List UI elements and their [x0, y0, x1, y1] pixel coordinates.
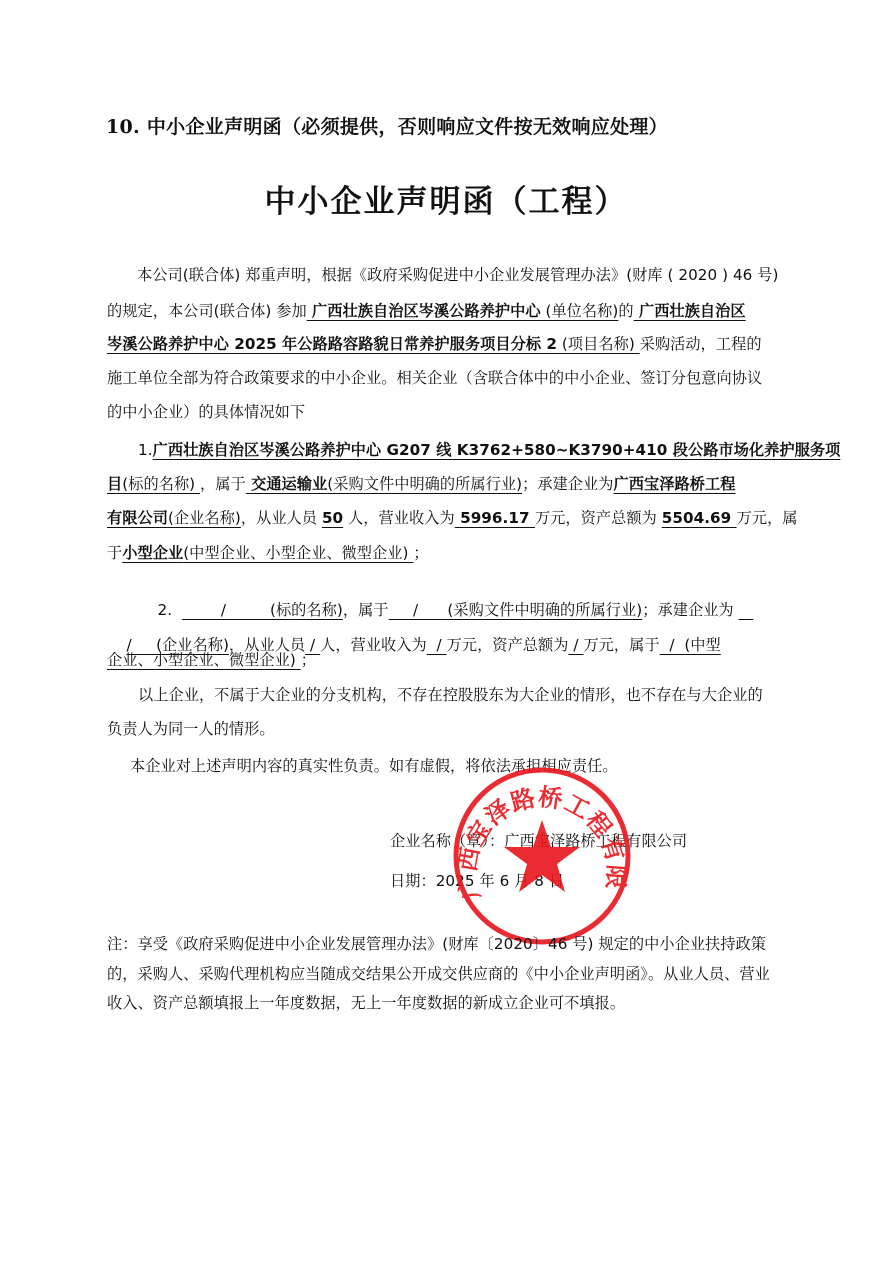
- document-title: 中小企业声明函（工程）: [0, 176, 892, 221]
- item-text: ；: [413, 544, 428, 562]
- declaration-text: 以上企业，不属于大企业的分支机构，不存在控股股东为大企业的情形，也不存在与大企业…: [138, 686, 763, 704]
- note-line-2: 的，采购人、采购代理机构应当随成交结果公开成交供应商的《中小企业声明函》。从业人…: [107, 964, 770, 984]
- intro-line-2: 的规定，本公司(联合体) 参加 广西壮族自治区岑溪公路养护中心 (单位名称)的 …: [107, 301, 746, 321]
- size-label: 企业、小型企业、微型企业): [107, 651, 301, 669]
- item2-contractor-blank: [739, 601, 754, 619]
- item1-target-name-end: 目: [107, 475, 122, 493]
- item1-assets: 5504.69: [662, 509, 737, 527]
- company-label: 企业名称（章）：: [390, 832, 504, 850]
- item1-enterprise-size: 小型企业: [122, 544, 183, 562]
- target-name-label: (标的名称): [122, 475, 200, 493]
- item2-line-3: 企业、小型企业、微型企业) ；: [107, 650, 316, 670]
- size-label: (中型: [684, 636, 720, 654]
- purchaser-unit-name: 广西壮族自治区岑溪公路养护中心: [307, 302, 541, 320]
- intro-text: 的: [618, 302, 633, 320]
- item1-line-3: 有限公司(企业名称)，从业人员 50 人，营业收入为 5996.17 万元，资产…: [107, 508, 798, 528]
- item1-contractor-name-end: 有限公司: [107, 509, 168, 527]
- declaration-line-3: 本企业对上述声明内容的真实性负责。如有虚假，将依法承担相应责任。: [130, 756, 618, 776]
- item-text: 万元，属于: [583, 636, 659, 654]
- item1-contractor-name: 广西宝泽路桥工程: [614, 475, 736, 493]
- document-page: 10. 中小企业声明函（必须提供，否则响应文件按无效响应处理） 中小企业声明函（…: [0, 0, 892, 1262]
- item1-target-name: 广西壮族自治区岑溪公路养护中心 G207 线 K3762+580~K3790+4…: [153, 441, 841, 459]
- company-seal-stamp-icon: 广西宝泽路桥工程有限公司: [451, 765, 633, 947]
- signature-company-line: 企业名称（章）：广西宝泽路桥工程有限公司: [390, 831, 687, 851]
- declaration-text: 负责人为同一人的情形。: [107, 720, 275, 738]
- intro-text: 的中小企业）的具体情况如下: [107, 403, 305, 421]
- note-text: 收入、资产总额填报上一年度数据，无上一年度数据的新成立企业可不填报。: [107, 994, 625, 1012]
- item-text: ，从业人员: [241, 509, 322, 527]
- declaration-line-2: 负责人为同一人的情形。: [107, 719, 275, 739]
- company-name: 广西宝泽路桥工程有限公司: [504, 832, 687, 850]
- item1-line-4: 于小型企业(中型企业、小型企业、微型企业) ；: [107, 543, 429, 563]
- declaration-text: 本企业对上述声明内容的真实性负责。如有虚假，将依法承担相应责任。: [130, 757, 618, 775]
- intro-text: 本公司(联合体) 郑重声明，根据《政府采购促进中小企业发展管理办法》(财库 ( …: [137, 266, 778, 284]
- item-text: 人，营业收入为: [343, 509, 455, 527]
- item-text: 人，营业收入为: [320, 636, 427, 654]
- contractor-label: (企业名称): [168, 509, 241, 527]
- declaration-line-1: 以上企业，不属于大企业的分支机构，不存在控股股东为大企业的情形，也不存在与大企业…: [138, 685, 763, 705]
- item1-line-1: 1.广西壮族自治区岑溪公路养护中心 G207 线 K3762+580~K3790…: [138, 440, 840, 460]
- intro-text: 施工单位全部为符合政策要求的中小企业。相关企业（含联合体中的中小企业、签订分包意…: [107, 369, 762, 387]
- intro-line-5: 的中小企业）的具体情况如下: [107, 402, 305, 422]
- intro-line-3: 岑溪公路养护中心 2025 年公路路容路貌日常养护服务项目分标 2 (项目名称)…: [107, 334, 762, 354]
- intro-text: 的规定，本公司(联合体) 参加: [107, 302, 307, 320]
- item-number: 1.: [138, 441, 153, 459]
- item-text: 万元，资产总额为: [447, 636, 569, 654]
- item-text: ；承建企业为: [522, 475, 613, 493]
- section-heading: 10. 中小企业声明函（必须提供，否则响应文件按无效响应处理）: [106, 112, 668, 139]
- signature-date-line: 日期：2025 年 6 月 8 日: [390, 871, 564, 891]
- date-label: 日期：: [390, 872, 436, 890]
- item-text: 于: [107, 544, 122, 562]
- date-value: 2025 年 6 月 8 日: [436, 872, 564, 890]
- size-label: (中型企业、小型企业、微型企业): [183, 544, 413, 562]
- intro-line-1: 本公司(联合体) 郑重声明，根据《政府采购促进中小企业发展管理办法》(财库 ( …: [137, 265, 778, 285]
- intro-line-4: 施工单位全部为符合政策要求的中小企业。相关企业（含联合体中的中小企业、签订分包意…: [107, 368, 762, 388]
- item2-revenue-blank: /: [427, 636, 447, 654]
- item-text: 万元，属: [737, 509, 798, 527]
- item1-line-2: 目(标的名称) ，属于 交通运输业(采购文件中明确的所属行业)；承建企业为广西宝…: [107, 474, 735, 494]
- note-line-1: 注：享受《政府采购促进中小企业发展管理办法》(财库〔2020〕46 号) 规定的…: [107, 934, 766, 954]
- project-name-label: (项目名称): [557, 335, 640, 353]
- note-text: 的，采购人、采购代理机构应当随成交结果公开成交供应商的《中小企业声明函》。从业人…: [107, 965, 770, 983]
- project-name-part1: 广西壮族自治区: [634, 302, 746, 320]
- item1-industry: 交通运输业: [246, 475, 328, 493]
- intro-text: 采购活动，工程的: [640, 335, 762, 353]
- unit-name-label: (单位名称): [541, 302, 619, 320]
- item-text: 万元，资产总额为: [535, 509, 662, 527]
- item-text: ；: [301, 651, 316, 669]
- project-name-part2: 岑溪公路养护中心 2025 年公路路容路貌日常养护服务项目分标 2: [107, 335, 557, 353]
- item2-size-blank: /: [660, 636, 685, 654]
- note-text: 注：享受《政府采购促进中小企业发展管理办法》(财库〔2020〕46 号) 规定的…: [107, 935, 766, 953]
- note-line-3: 收入、资产总额填报上一年度数据，无上一年度数据的新成立企业可不填报。: [107, 993, 625, 1013]
- item1-revenue: 5996.17: [455, 509, 535, 527]
- item2-assets-blank: /: [569, 636, 584, 654]
- item-text: ，属于: [200, 475, 246, 493]
- industry-label: (采购文件中明确的所属行业): [327, 475, 522, 493]
- item1-employees: 50: [322, 509, 343, 527]
